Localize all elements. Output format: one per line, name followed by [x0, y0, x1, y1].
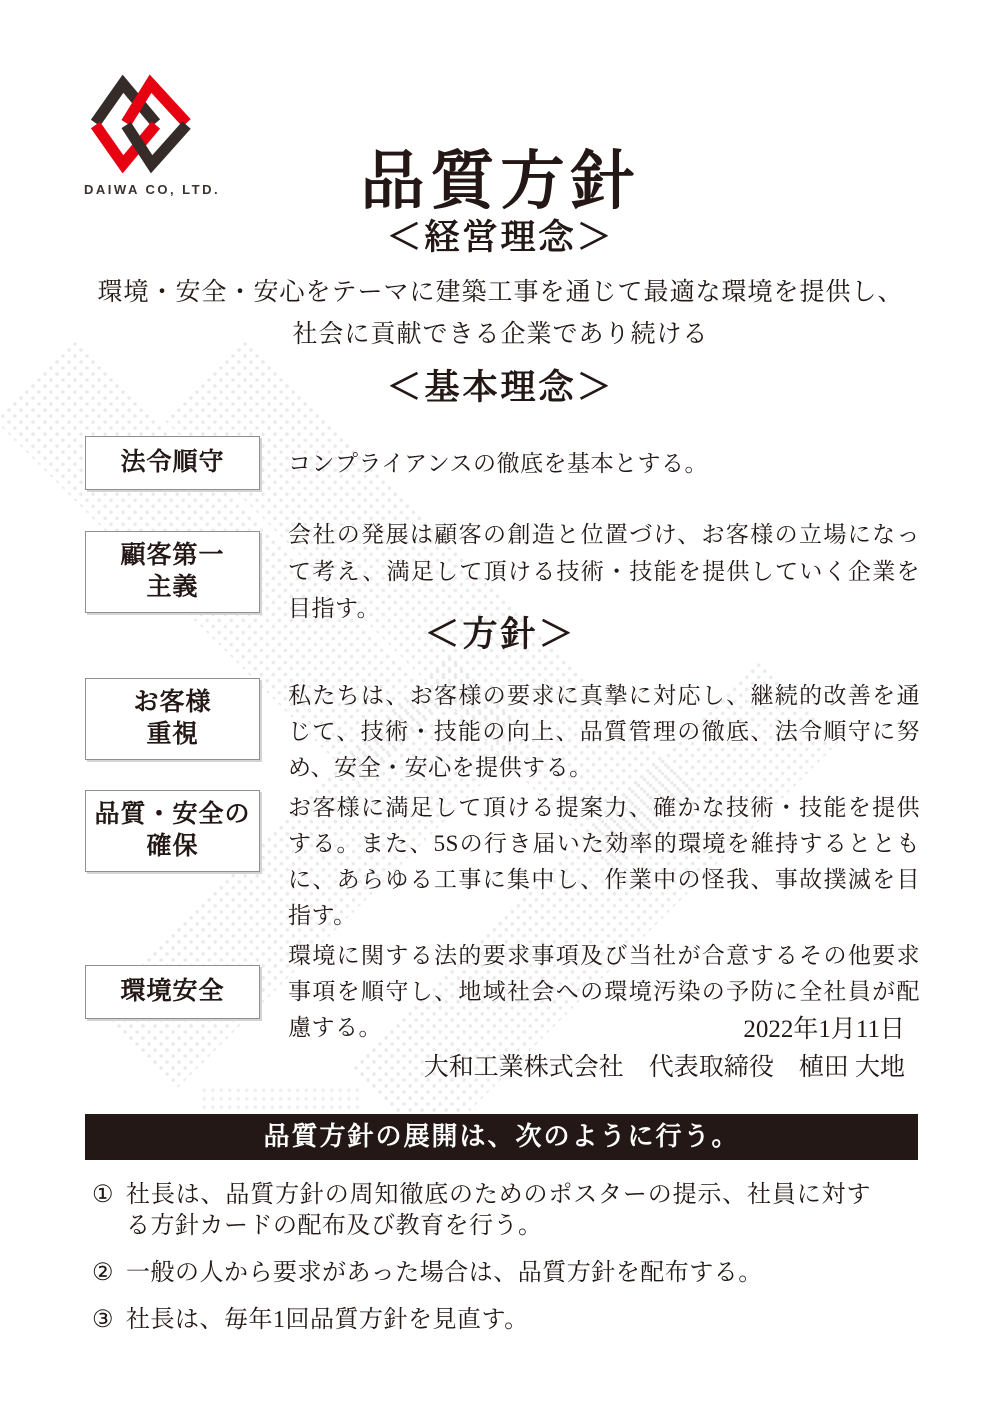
basic-philosophy-row-1: 法令順守コンプライアンスの徹底を基本とする。 [85, 436, 920, 490]
deployment-item-number: ① [92, 1180, 118, 1211]
basic-philosophy-heading: ＜基本理念＞ [0, 366, 1001, 410]
management-philosophy-heading: ＜経営理念＞ [0, 216, 1001, 260]
management-philosophy-line-1: 環境・安全・安心をテーマに建築工事を通じて最適な環境を提供し、 [0, 272, 1001, 314]
policy-row-1: お客様重視私たちは、お客様の要求に真摯に対応し、継続的改善を通じて、技術・技能の… [85, 678, 920, 786]
quality-policy-document: DAIWA CO, LTD. 品質方針 ＜経営理念＞ 環境・安全・安心をテーマに… [0, 0, 1001, 1404]
signoff-block: 2022年1月11日 大和工業株式会社 代表取締役 植田 大地 [85, 1014, 905, 1084]
policy-label-box: 品質・安全の確保 [85, 790, 260, 872]
signoff-signature: 大和工業株式会社 代表取締役 植田 大地 [85, 1052, 905, 1084]
deployment-item-text: 一般の人から要求があった場合は、品質方針を配布する。 [126, 1258, 763, 1289]
deployment-item-number: ③ [92, 1305, 118, 1336]
basic-philosophy-label-box: 法令順守 [85, 436, 260, 490]
basic-philosophy-row-2: 顧客第一主義会社の発展は顧客の創造と位置づけ、お客様の立場になって考え、満足して… [85, 516, 920, 627]
deployment-item-text: 社長は、毎年1回品質方針を見直す。 [126, 1305, 529, 1336]
deployment-list: ①社長は、品質方針の周知徹底のためのポスターの提示、社員に対する方針カードの配布… [92, 1180, 952, 1352]
deployment-item-1: ①社長は、品質方針の周知徹底のためのポスターの提示、社員に対する方針カードの配布… [92, 1180, 952, 1242]
deployment-item-2: ②一般の人から要求があった場合は、品質方針を配布する。 [92, 1258, 952, 1289]
halftone-watermark-band [200, 1086, 360, 1112]
policy-heading: ＜方針＞ [0, 613, 1001, 657]
basic-philosophy-description: コンプライアンスの徹底を基本とする。 [288, 445, 920, 482]
deployment-banner: 品質方針の展開は、次のように行う。 [85, 1114, 918, 1160]
deployment-item-3: ③社長は、毎年1回品質方針を見直す。 [92, 1305, 952, 1336]
basic-philosophy-label-box: 顧客第一主義 [85, 531, 260, 613]
signoff-date: 2022年1月11日 [85, 1014, 905, 1046]
policy-row-2: 品質・安全の確保お客様に満足して頂ける提案力、確かな技術・技能を提供する。また、… [85, 790, 920, 934]
policy-label-box: 環境安全 [85, 965, 260, 1019]
deployment-item-text: 社長は、品質方針の周知徹底のためのポスターの提示、社員に対する方針カードの配布及… [126, 1180, 871, 1242]
basic-philosophy-rows: 法令順守コンプライアンスの徹底を基本とする。顧客第一主義会社の発展は顧客の創造と… [85, 436, 920, 629]
policy-description: 私たちは、お客様の要求に真摯に対応し、継続的改善を通じて、技術・技能の向上、品質… [288, 678, 920, 786]
policy-description: お客様に満足して頂ける提案力、確かな技術・技能を提供する。また、5Sの行き届いた… [288, 790, 920, 934]
basic-philosophy-description: 会社の発展は顧客の創造と位置づけ、お客様の立場になって考え、満足して頂ける技術・… [288, 516, 920, 627]
management-philosophy-line-2: 社会に貢献できる企業であり続ける [0, 314, 1001, 356]
policy-rows: お客様重視私たちは、お客様の要求に真摯に対応し、継続的改善を通じて、技術・技能の… [85, 678, 920, 1048]
policy-label-box: お客様重視 [85, 678, 260, 760]
document-title: 品質方針 [0, 139, 1001, 225]
deployment-item-number: ② [92, 1258, 118, 1289]
management-philosophy-text: 環境・安全・安心をテーマに建築工事を通じて最適な環境を提供し、 社会に貢献できる… [0, 272, 1001, 356]
